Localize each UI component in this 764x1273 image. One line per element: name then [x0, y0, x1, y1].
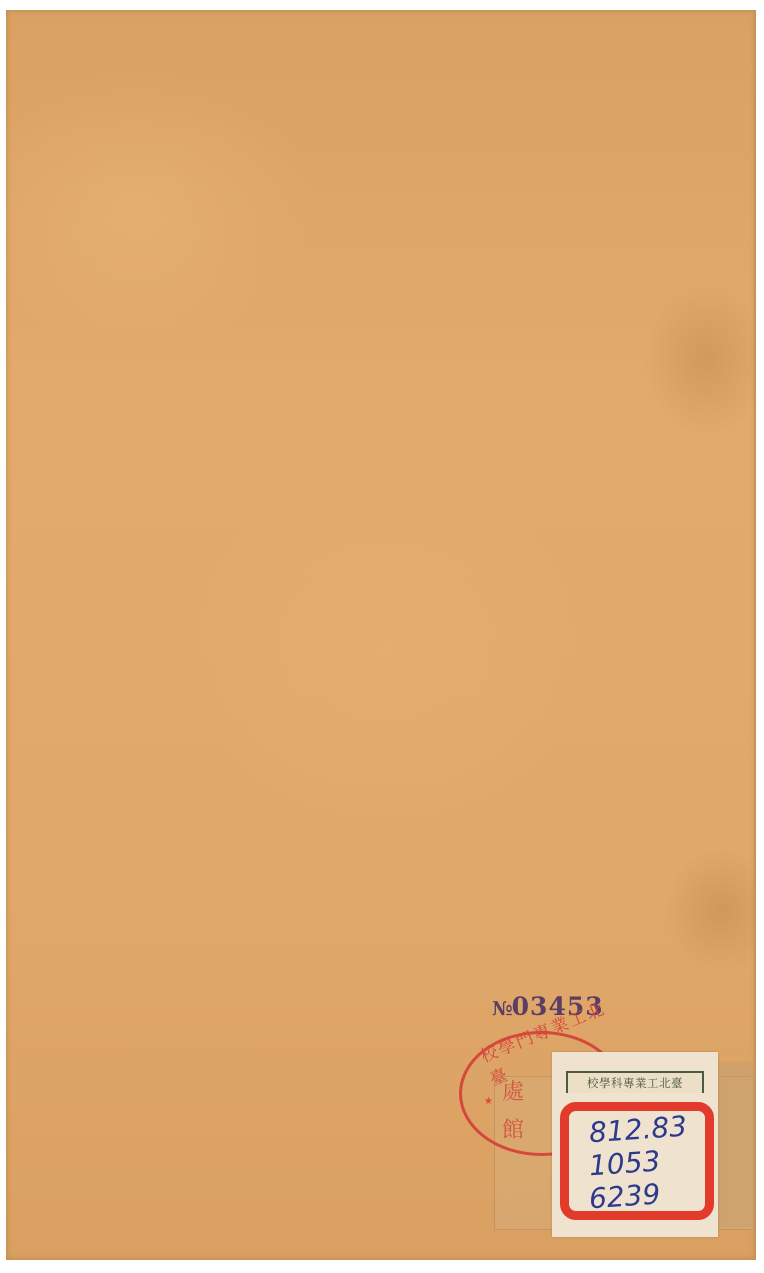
seal-star-icon: ★ [484, 1096, 493, 1107]
call-number-label: 校學科專業工北臺 812.83 1053 6239 [552, 1052, 718, 1237]
call-number-box: 812.83 1053 6239 [560, 1102, 714, 1220]
number-prefix: № [492, 998, 512, 1020]
call-number-handwriting: 812.83 1053 6239 [589, 1113, 687, 1212]
seal-inner-text: 處 館 [502, 1074, 524, 1150]
call-number-line: 6239 [588, 1176, 688, 1216]
label-header-school-name: 校學科專業工北臺 [566, 1071, 704, 1093]
tape-edge [718, 1062, 754, 1227]
